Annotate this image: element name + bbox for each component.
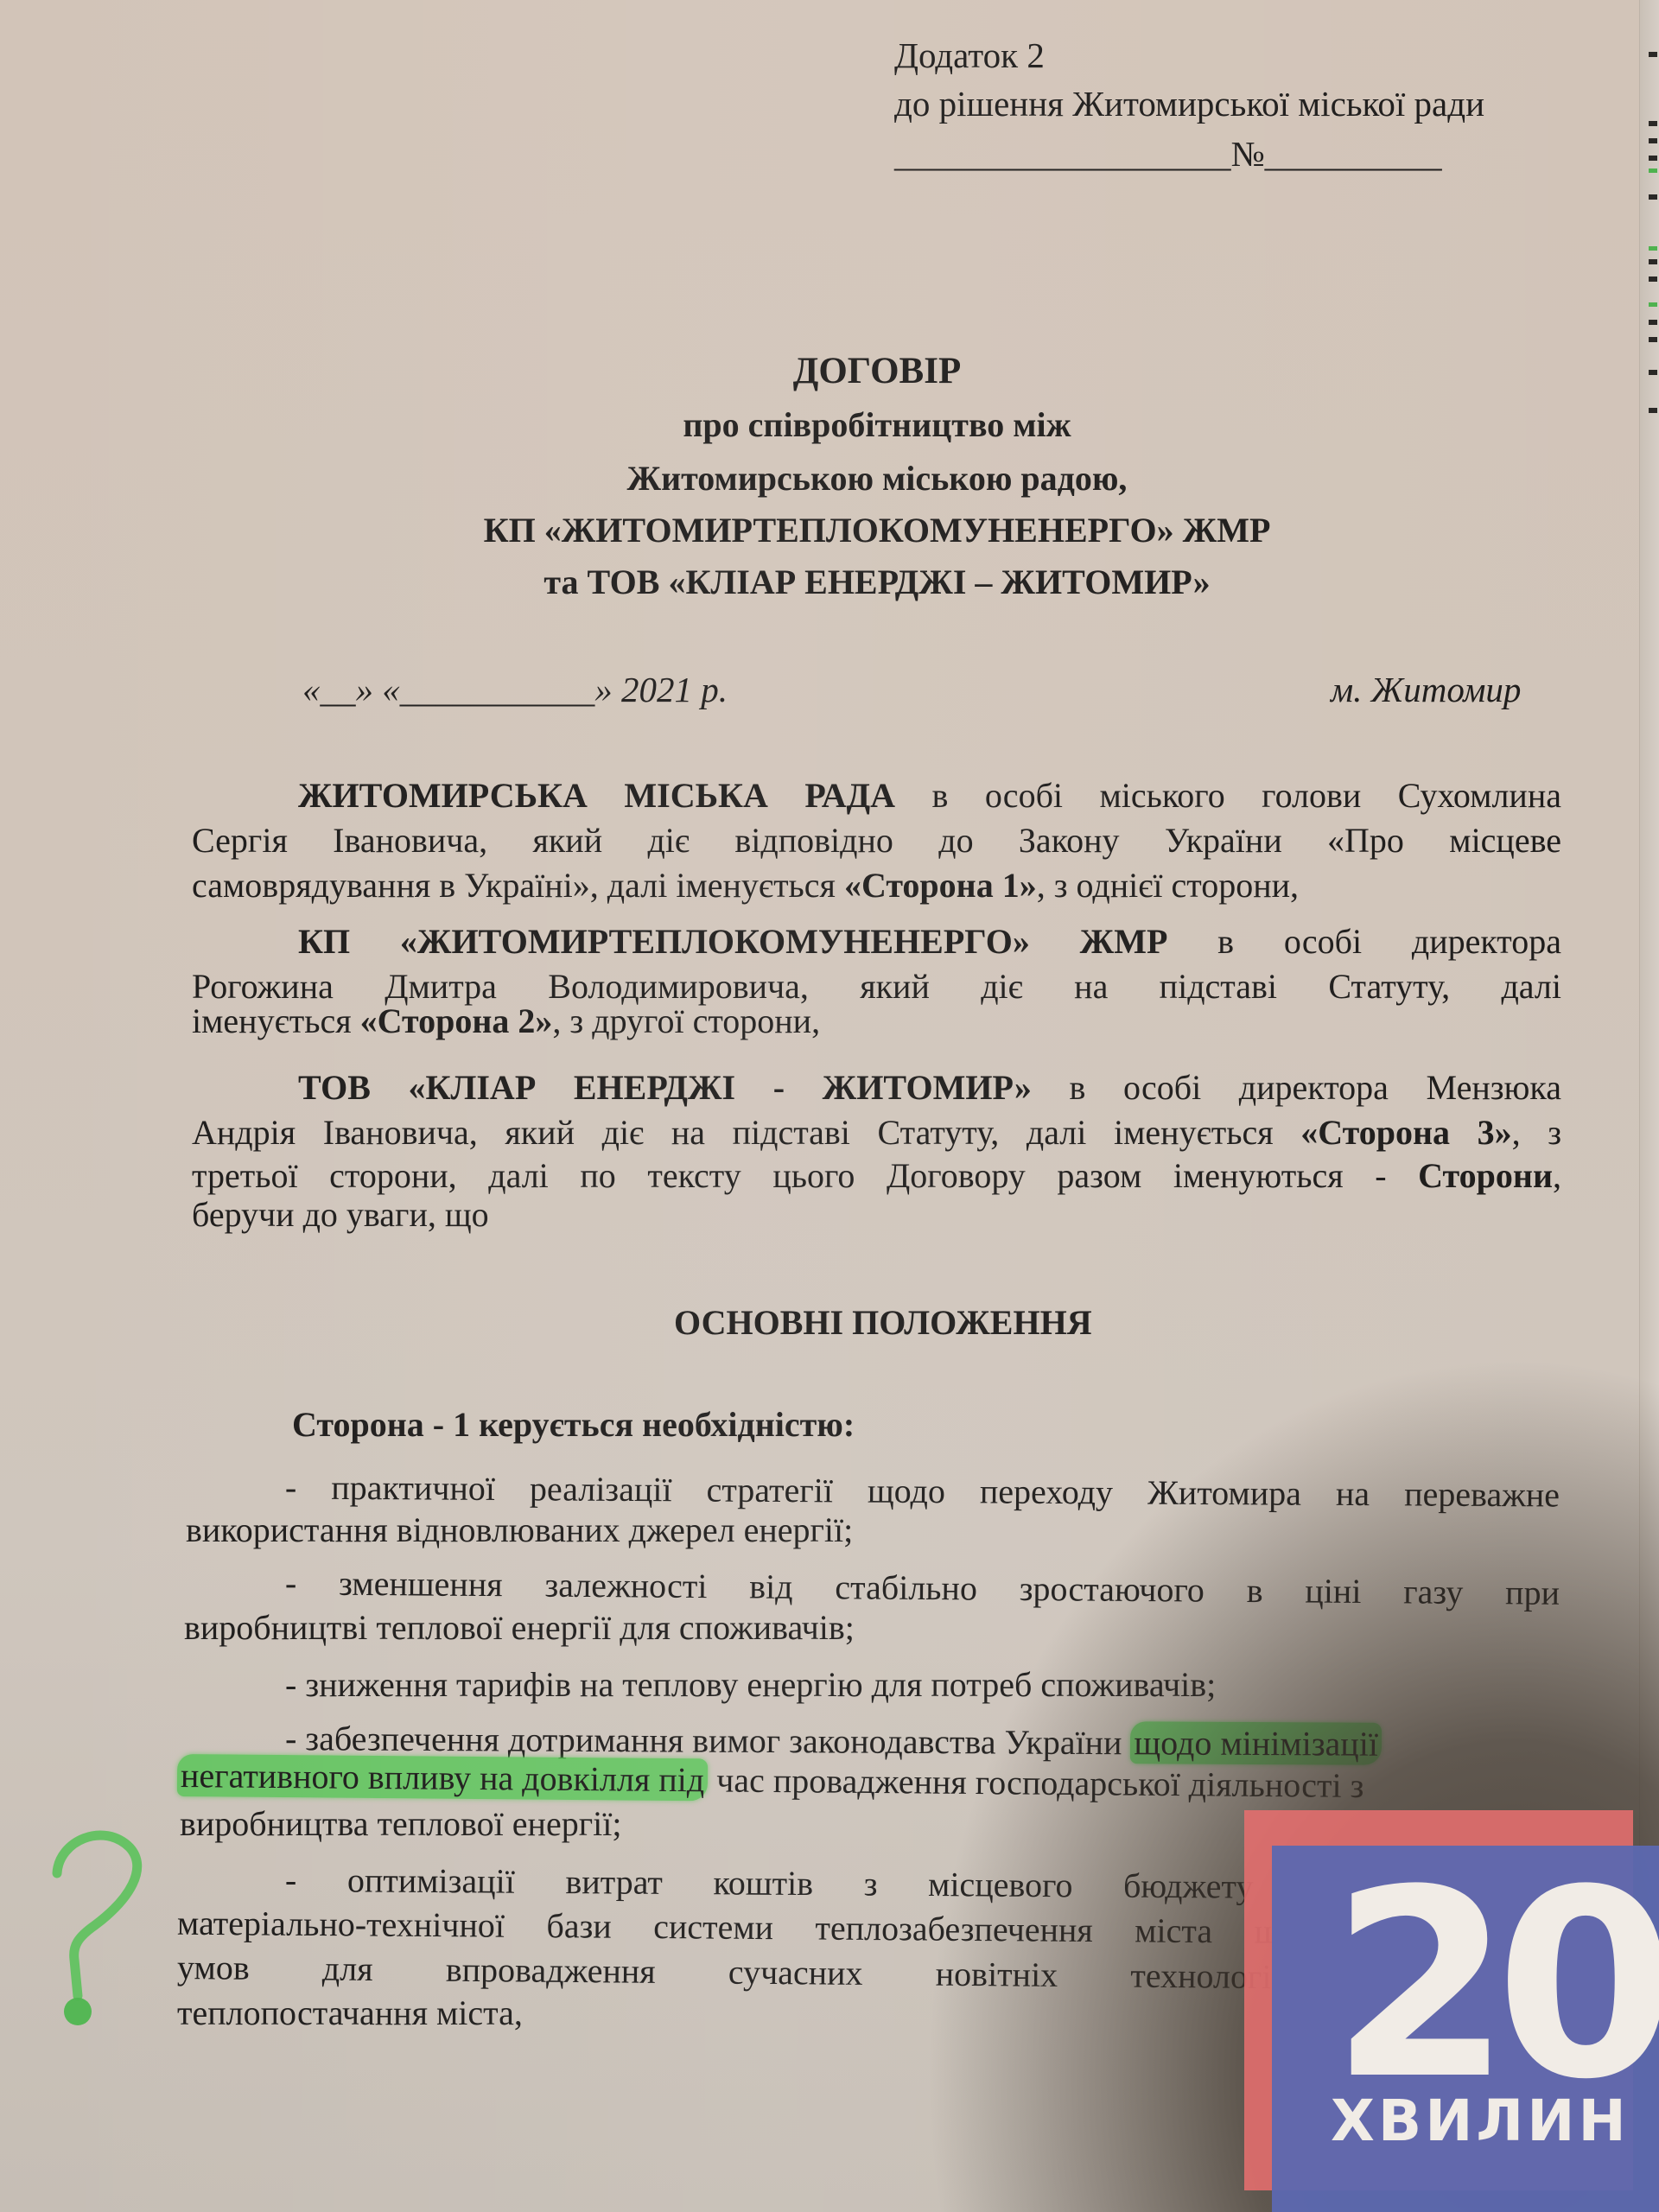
party-3-text: , з: [1512, 1113, 1561, 1152]
contract-date: «__» «___________» 2021 р.: [302, 667, 728, 712]
party-3-line-4: беручи до уваги, що: [192, 1192, 1561, 1237]
party-1-name: ЖИТОМИРСЬКА МІСЬКА РАДА: [298, 776, 895, 815]
party-3-name: ТОВ «КЛІАР ЕНЕРДЖІ - ЖИТОМИР»: [298, 1068, 1032, 1107]
contract-subtitle-1: про співробітництво між: [372, 403, 1382, 448]
watermark-logo-word: ХВИЛИН: [1331, 2091, 1624, 2152]
question-mark-icon: [43, 1823, 147, 2031]
party-1-line-3: самоврядування в Україні», далі іменуєть…: [192, 863, 1561, 908]
watermark-logo-number: 20: [1331, 1856, 1624, 2115]
party-2-text: , з другої сторони,: [552, 1001, 820, 1040]
contract-subtitle-2: Житомирською міською радою,: [372, 456, 1382, 501]
green-highlight: щодо мінімізації: [1130, 1721, 1382, 1765]
party-3-text: Андрія Івановича, який діє на підставі С…: [192, 1113, 1300, 1152]
party-1-text: в особі міського голови Сухомлина: [895, 776, 1561, 815]
party-2-text: в особі директора: [1167, 922, 1561, 961]
party-1-line-1: ЖИТОМИРСЬКА МІСЬКА РАДА в особі міського…: [298, 773, 1561, 818]
section-item-3-line-1: - зниження тарифів на теплову енергію дл…: [285, 1662, 1216, 1707]
section-item-1-line-2: використання відновлюваних джерел енергі…: [186, 1508, 853, 1553]
section-item-2-line-2: виробництві теплової енергії для спожива…: [184, 1605, 855, 1650]
party-3-text: в особі директора Мензюка: [1032, 1068, 1561, 1107]
party-2-alias: «Сторона 2»: [360, 1001, 553, 1040]
contract-subtitle-3: КП «ЖИТОМИРТЕПЛОКОМУНЕНЕРГО» ЖМР: [372, 508, 1382, 553]
party-3-line-2: Андрія Івановича, який діє на підставі С…: [192, 1110, 1561, 1155]
addendum-decision: до рішення Житомирської міської ради: [894, 81, 1484, 126]
parties-alias: Сторони: [1418, 1156, 1553, 1195]
party-2-name: КП «ЖИТОМИРТЕПЛОКОМУНЕНЕРГО» ЖМР: [298, 922, 1167, 961]
party-1-text: самоврядування в Україні», далі іменуєть…: [192, 866, 844, 905]
party-3-text: третьої сторони, далі по тексту цього До…: [192, 1156, 1418, 1195]
green-highlight: негативного впливу на довкілля під: [177, 1754, 709, 1801]
contract-city: м. Житомир: [1331, 667, 1521, 712]
section-item-4-line-3: виробництва теплової енергії;: [180, 1802, 621, 1847]
party-2-text: іменується: [192, 1001, 360, 1040]
party-2-line-3: іменується «Сторона 2», з другої сторони…: [192, 999, 1561, 1044]
section-item-4-text: час провадження господарської діяльності…: [708, 1760, 1364, 1805]
section-heading: ОСНОВНІ ПОЛОЖЕННЯ: [674, 1300, 1092, 1345]
party-1-line-2: Сергія Івановича, який діє відповідно до…: [192, 818, 1561, 863]
contract-title: ДОГОВІР: [372, 349, 1382, 394]
contract-subtitle-4: та ТОВ «КЛІАР ЕНЕРДЖІ – ЖИТОМИР»: [372, 560, 1382, 605]
party-3-alias: «Сторона 3»: [1300, 1113, 1511, 1152]
party-1-alias: «Сторона 1»: [844, 866, 1037, 905]
party-3-text: ,: [1553, 1156, 1561, 1195]
section-item-5-line-4: теплопостачання міста,: [177, 1991, 523, 2036]
party-3-line-1: ТОВ «КЛІАР ЕНЕРДЖІ - ЖИТОМИР» в особі ди…: [298, 1065, 1561, 1110]
party-1-text: , з однієї сторони,: [1037, 866, 1299, 905]
addendum-number-blank: ___________________№__________: [894, 131, 1442, 176]
party-2-line-1: КП «ЖИТОМИРТЕПЛОКОМУНЕНЕРГО» ЖМР в особі…: [298, 919, 1561, 964]
section-subheading: Сторона - 1 керується необхідністю:: [292, 1402, 855, 1447]
addendum-number: Додаток 2: [894, 33, 1045, 78]
